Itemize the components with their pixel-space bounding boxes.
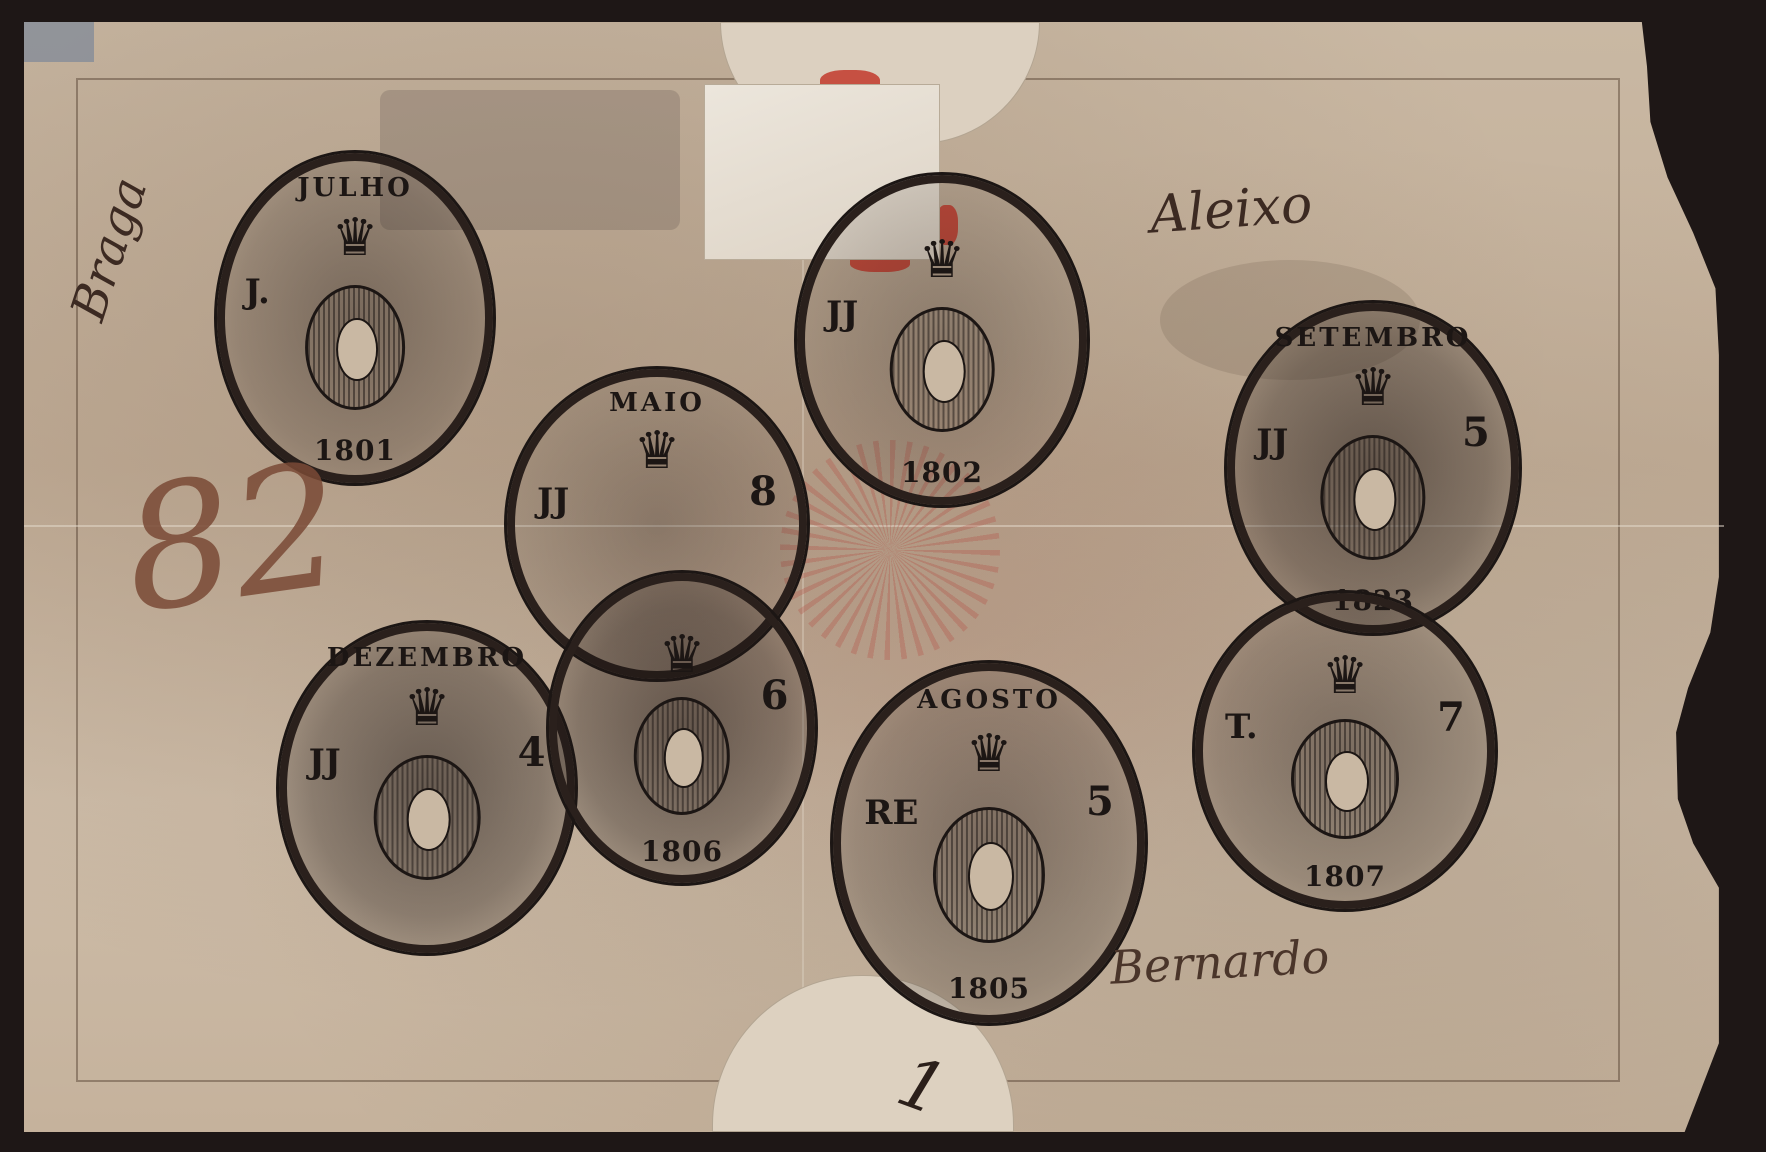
tax-stamp-1807: ♛ T. 7 1807 <box>1192 590 1498 912</box>
stamp-left-mark: JJ <box>1256 422 1288 462</box>
crown-icon: ♛ <box>404 682 451 734</box>
crown-icon: ♛ <box>332 212 379 264</box>
stamp-left-mark: JJ <box>537 481 569 521</box>
stamp-month: DEZEMBRO <box>279 643 575 673</box>
stamp-year: 1802 <box>797 456 1087 489</box>
coat-of-arms-icon <box>374 755 481 880</box>
stamp-left-mark: JJ <box>826 294 858 334</box>
paper-discoloration <box>24 22 94 62</box>
handwritten-flourish-number: 82 <box>112 426 354 652</box>
stamp-left-mark: T. <box>1225 707 1258 747</box>
coat-of-arms-icon <box>933 807 1045 943</box>
stamp-right-mark: 7 <box>1437 694 1465 741</box>
signature-bernardo: Bernardo <box>1109 929 1331 994</box>
stamp-year: 1807 <box>1195 860 1495 893</box>
tax-stamp-1806: ♛ 6 1806 <box>546 570 818 886</box>
coat-of-arms-icon <box>1291 719 1399 839</box>
stamp-right-mark: 8 <box>749 468 777 515</box>
stamp-month: SETEMBRO <box>1227 323 1519 353</box>
tax-stamp-setembro-1823: SETEMBRO ♛ JJ 5 1823 <box>1224 300 1522 636</box>
crown-icon: ♛ <box>919 234 966 286</box>
tax-stamp-agosto-1805: AGOSTO ♛ RE 5 1805 <box>830 660 1148 1026</box>
stamp-left-mark: RE <box>864 793 918 833</box>
tax-stamp-1802: ♛ JJ 1802 <box>794 172 1090 508</box>
stamp-right-mark: 5 <box>1462 409 1490 456</box>
stamp-left-mark: J. <box>245 272 270 312</box>
coat-of-arms-icon <box>1320 435 1425 560</box>
stamp-year: 1805 <box>833 972 1145 1005</box>
stamp-right-mark: 5 <box>1086 778 1114 825</box>
stamp-month: JULHO <box>217 173 493 203</box>
stamp-month: AGOSTO <box>833 685 1145 715</box>
stamp-right-mark: 4 <box>518 729 546 776</box>
crown-icon: ♛ <box>1350 362 1397 414</box>
crown-icon: ♛ <box>634 425 681 477</box>
tax-stamp-dezembro: DEZEMBRO ♛ JJ 4 <box>276 620 578 956</box>
crown-icon: ♛ <box>659 629 706 681</box>
crown-icon: ♛ <box>966 728 1013 780</box>
coat-of-arms-icon <box>890 307 995 432</box>
stamp-left-mark: JJ <box>309 742 341 782</box>
coat-of-arms-icon <box>634 697 730 815</box>
signature-aleixo: Aleixo <box>1148 174 1314 245</box>
stamp-month: MAIO <box>507 388 807 418</box>
coat-of-arms-icon <box>305 285 405 410</box>
stamp-year: 1806 <box>549 835 815 868</box>
stamp-right-mark: 6 <box>761 672 789 719</box>
crown-icon: ♛ <box>1322 650 1369 702</box>
